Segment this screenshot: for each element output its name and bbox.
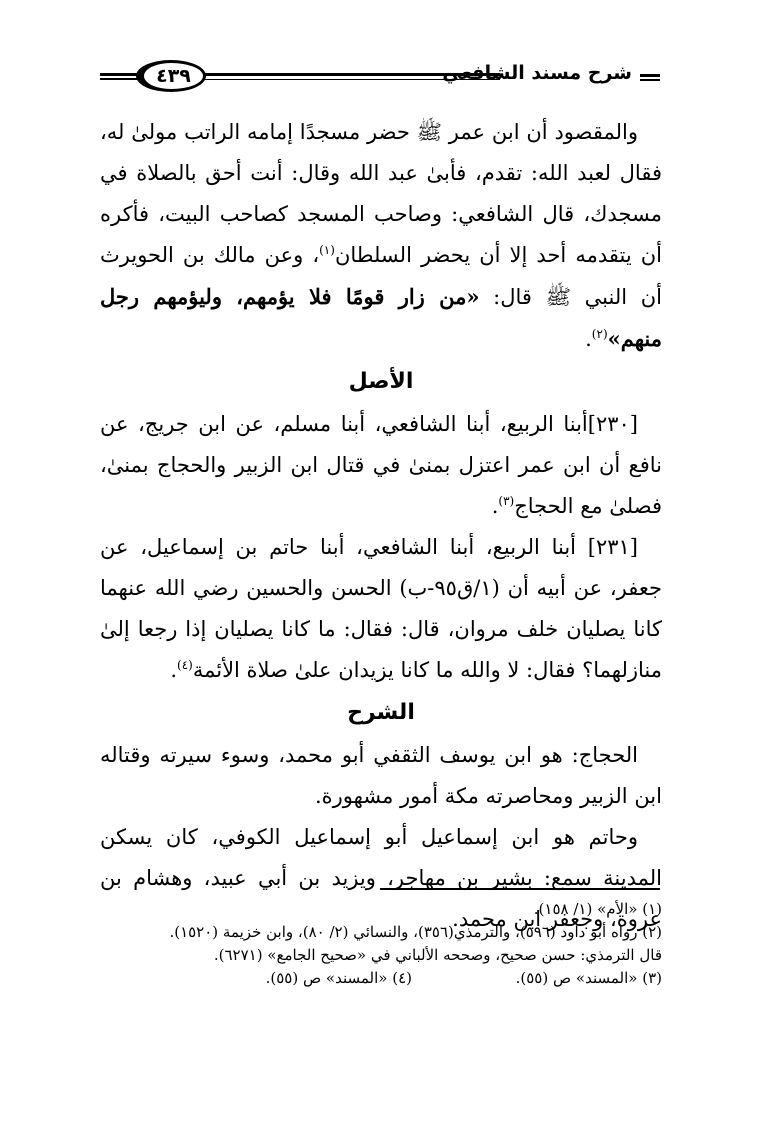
footnote-2: (٢) رواه أبو داود (٥٩٦)، والترمذي(٣٥٦)، … bbox=[100, 921, 662, 944]
paragraph-intro: والمقصود أن ابن عمر ﷺ حضر مسجدًا إمامه ا… bbox=[100, 112, 662, 360]
footnotes: (١) «الأم» (١/ ١٥٨). (٢) رواه أبو داود (… bbox=[100, 898, 662, 990]
footnote-3: (٣) «المسند» ص (٥٥). bbox=[412, 967, 662, 990]
footnote-ref-2: (٢) bbox=[592, 327, 608, 341]
hadith-text: [٢٣٠]أبنا الربيع، أبنا الشافعي، أبنا مسل… bbox=[100, 412, 662, 518]
book-page: شرح مسند الشافعي ٤٣٩ والمقصود أن ابن عمر… bbox=[0, 0, 758, 1128]
punctuation: . bbox=[170, 658, 177, 682]
main-text: والمقصود أن ابن عمر ﷺ حضر مسجدًا إمامه ا… bbox=[100, 112, 662, 940]
punctuation: . bbox=[585, 327, 592, 351]
footnote-separator bbox=[380, 888, 660, 890]
footnotes-3-4: (٣) «المسند» ص (٥٥).(٤) «المسند» ص (٥٥). bbox=[100, 967, 662, 990]
commentary-hajjaj: الحجاج: هو ابن يوسف الثقفي أبو محمد، وسو… bbox=[100, 735, 662, 817]
footnote-ref-1: (١) bbox=[319, 243, 335, 257]
header-ornament-left bbox=[100, 73, 138, 80]
page-number: ٤٣٩ bbox=[156, 65, 191, 87]
footnote-ref-3: (٣) bbox=[498, 494, 514, 508]
hadith-231: [٢٣١] أبنا الربيع، أبنا الشافعي، أبنا حا… bbox=[100, 527, 662, 691]
section-heading-sharh: الشرح bbox=[100, 691, 662, 735]
footnote-ref-4: (٤) bbox=[177, 658, 193, 672]
footnote-2-continued: قال الترمذي: حسن صحيح، وصححه الألباني في… bbox=[100, 944, 662, 967]
section-heading-asl: الأصل bbox=[100, 360, 662, 404]
hadith-230: [٢٣٠]أبنا الربيع، أبنا الشافعي، أبنا مسل… bbox=[100, 404, 662, 527]
header-ornament-right bbox=[640, 74, 660, 81]
footnote-1: (١) «الأم» (١/ ١٥٨). bbox=[100, 898, 662, 921]
page-number-badge: ٤٣٩ bbox=[136, 60, 206, 92]
header-rule bbox=[200, 73, 500, 80]
footnote-4: (٤) «المسند» ص (٥٥). bbox=[266, 967, 412, 990]
page-header: شرح مسند الشافعي ٤٣٩ bbox=[100, 58, 660, 94]
